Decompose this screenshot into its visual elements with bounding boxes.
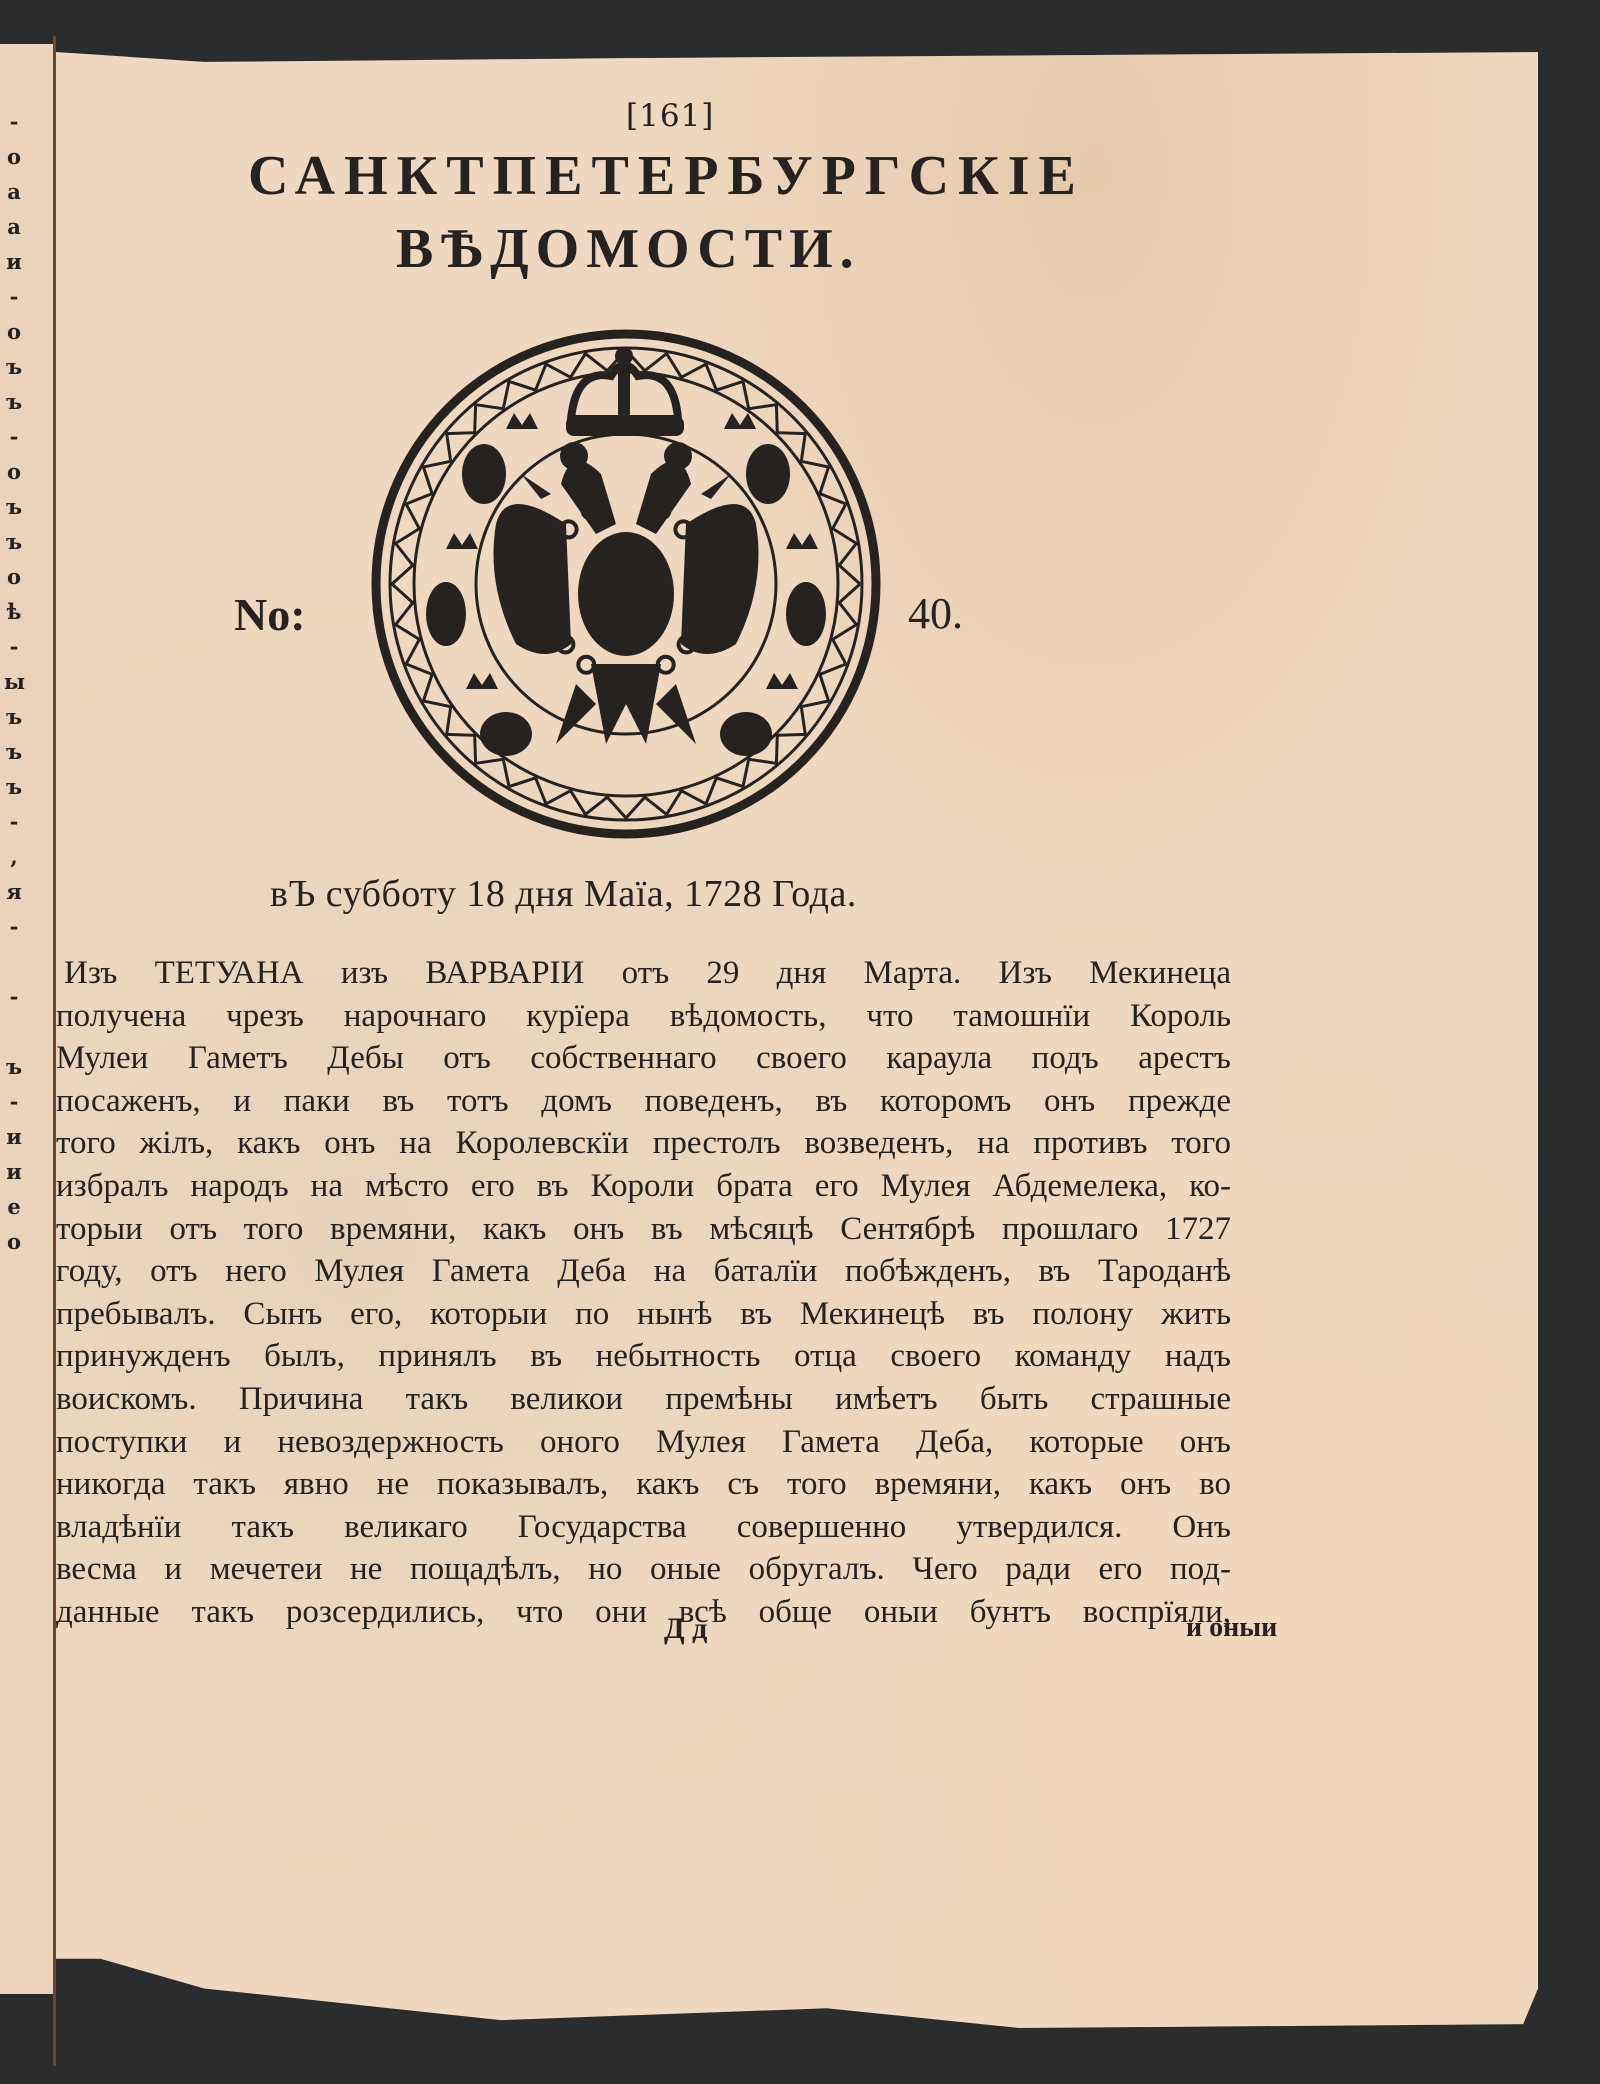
article-line: году, отъ него Мулея Гамета Деба на бата… — [56, 1250, 1231, 1293]
previous-page-letter: ъ — [4, 489, 24, 524]
previous-page-text-fragment: -оааи-оъъ-оъъоѣ-ыъъъ-,я- - ъ-ииео — [4, 104, 24, 1259]
previous-page-letter: ъ — [4, 524, 24, 559]
previous-page-letter: о — [4, 559, 24, 594]
article-line: посаженъ, и паки въ тотъ домъ поведенъ, … — [56, 1080, 1231, 1123]
previous-page-letter: ъ — [4, 384, 24, 419]
previous-page-letter: - — [4, 104, 24, 139]
article-line: избралъ народъ на мѣсто его въ Короли бр… — [56, 1165, 1231, 1208]
previous-page-letter: ъ — [4, 699, 24, 734]
previous-page-letter: ъ — [4, 349, 24, 384]
previous-page-letter: о — [4, 1224, 24, 1259]
catchword: и оныи — [1186, 1612, 1277, 1644]
previous-page-letter — [4, 944, 24, 979]
article-line: владѣнїи такъ великаго Государства совер… — [56, 1506, 1231, 1549]
article-line: Изъ ТЕТУАНА изъ ВАРВАРІИ отъ 29 дня Март… — [56, 952, 1231, 995]
previous-page-letter: и — [4, 1154, 24, 1189]
book-gutter — [53, 36, 56, 2066]
article-line: торыи отъ того времяни, какъ онъ въ мѣся… — [56, 1208, 1231, 1251]
previous-page-letter: о — [4, 454, 24, 489]
previous-page-letter: - — [4, 279, 24, 314]
previous-page-letter: ы — [4, 664, 24, 699]
previous-page-letter: - — [4, 979, 24, 1014]
previous-page-letter: ъ — [4, 734, 24, 769]
issue-dateline: вЪ субботу 18 дня Маїа, 1728 Года. — [270, 872, 857, 916]
previous-page-letter: - — [4, 419, 24, 454]
article-line: пребывалъ. Сынъ его, которыи по нынѣ въ … — [56, 1293, 1231, 1336]
article-line: поступки и невоздержность оного Мулея Га… — [56, 1421, 1231, 1464]
previous-page-letter: - — [4, 1084, 24, 1119]
previous-page-strip: -оааи-оъъ-оъъоѣ-ыъъъ-,я- - ъ-ииео — [0, 44, 54, 1994]
article-line: получена чрезъ нарочнаго курїера вѣдомос… — [56, 995, 1231, 1038]
previous-page-letter: - — [4, 909, 24, 944]
previous-page-letter: о — [4, 314, 24, 349]
previous-page-letter: - — [4, 804, 24, 839]
previous-page-letter: - — [4, 629, 24, 664]
previous-page-letter: а — [4, 174, 24, 209]
masthead-title-line1: САНКТПЕТЕРБУРГСКІЕ — [248, 144, 1085, 208]
article-line: весма и мечетеи не пощадѣлъ, но оные обр… — [56, 1548, 1231, 1591]
previous-page-letter: , — [4, 839, 24, 874]
article-line: никогда такъ явно не показывалъ, какъ съ… — [56, 1463, 1231, 1506]
double-headed-eagle-seal-icon — [366, 324, 886, 844]
article-line: воискомъ. Причина такъ великои премѣны и… — [56, 1378, 1231, 1421]
article-line: Мулеи Гаметъ Дебы отъ собственнаго своег… — [56, 1037, 1231, 1080]
article-line: принужденъ былъ, принялъ въ небытность о… — [56, 1335, 1231, 1378]
previous-page-letter: о — [4, 139, 24, 174]
article-line: того жілъ, какъ онъ на Королевскїи прест… — [56, 1122, 1231, 1165]
previous-page-letter: ѣ — [4, 594, 24, 629]
issue-label: No: — [234, 588, 306, 641]
signature-mark: Д д — [664, 1612, 707, 1646]
article-body: Изъ ТЕТУАНА изъ ВАРВАРІИ отъ 29 дня Март… — [56, 952, 1231, 1634]
previous-page-letter: и — [4, 1119, 24, 1154]
previous-page-letter — [4, 1014, 24, 1049]
newspaper-page: [161] САНКТПЕТЕРБУРГСКІЕ ВѢДОМОСТИ. No: … — [56, 52, 1538, 2032]
previous-page-letter: ъ — [4, 1049, 24, 1084]
issue-number: 40. — [908, 588, 963, 639]
masthead-title-line2: ВѢДОМОСТИ. — [396, 217, 861, 281]
page-number: [161] — [626, 98, 714, 134]
article-line: данные такъ розсердились, что они всѣ об… — [56, 1591, 1231, 1634]
previous-page-letter: я — [4, 874, 24, 909]
previous-page-letter: ъ — [4, 769, 24, 804]
previous-page-letter: и — [4, 244, 24, 279]
previous-page-letter: е — [4, 1189, 24, 1224]
previous-page-letter: а — [4, 209, 24, 244]
